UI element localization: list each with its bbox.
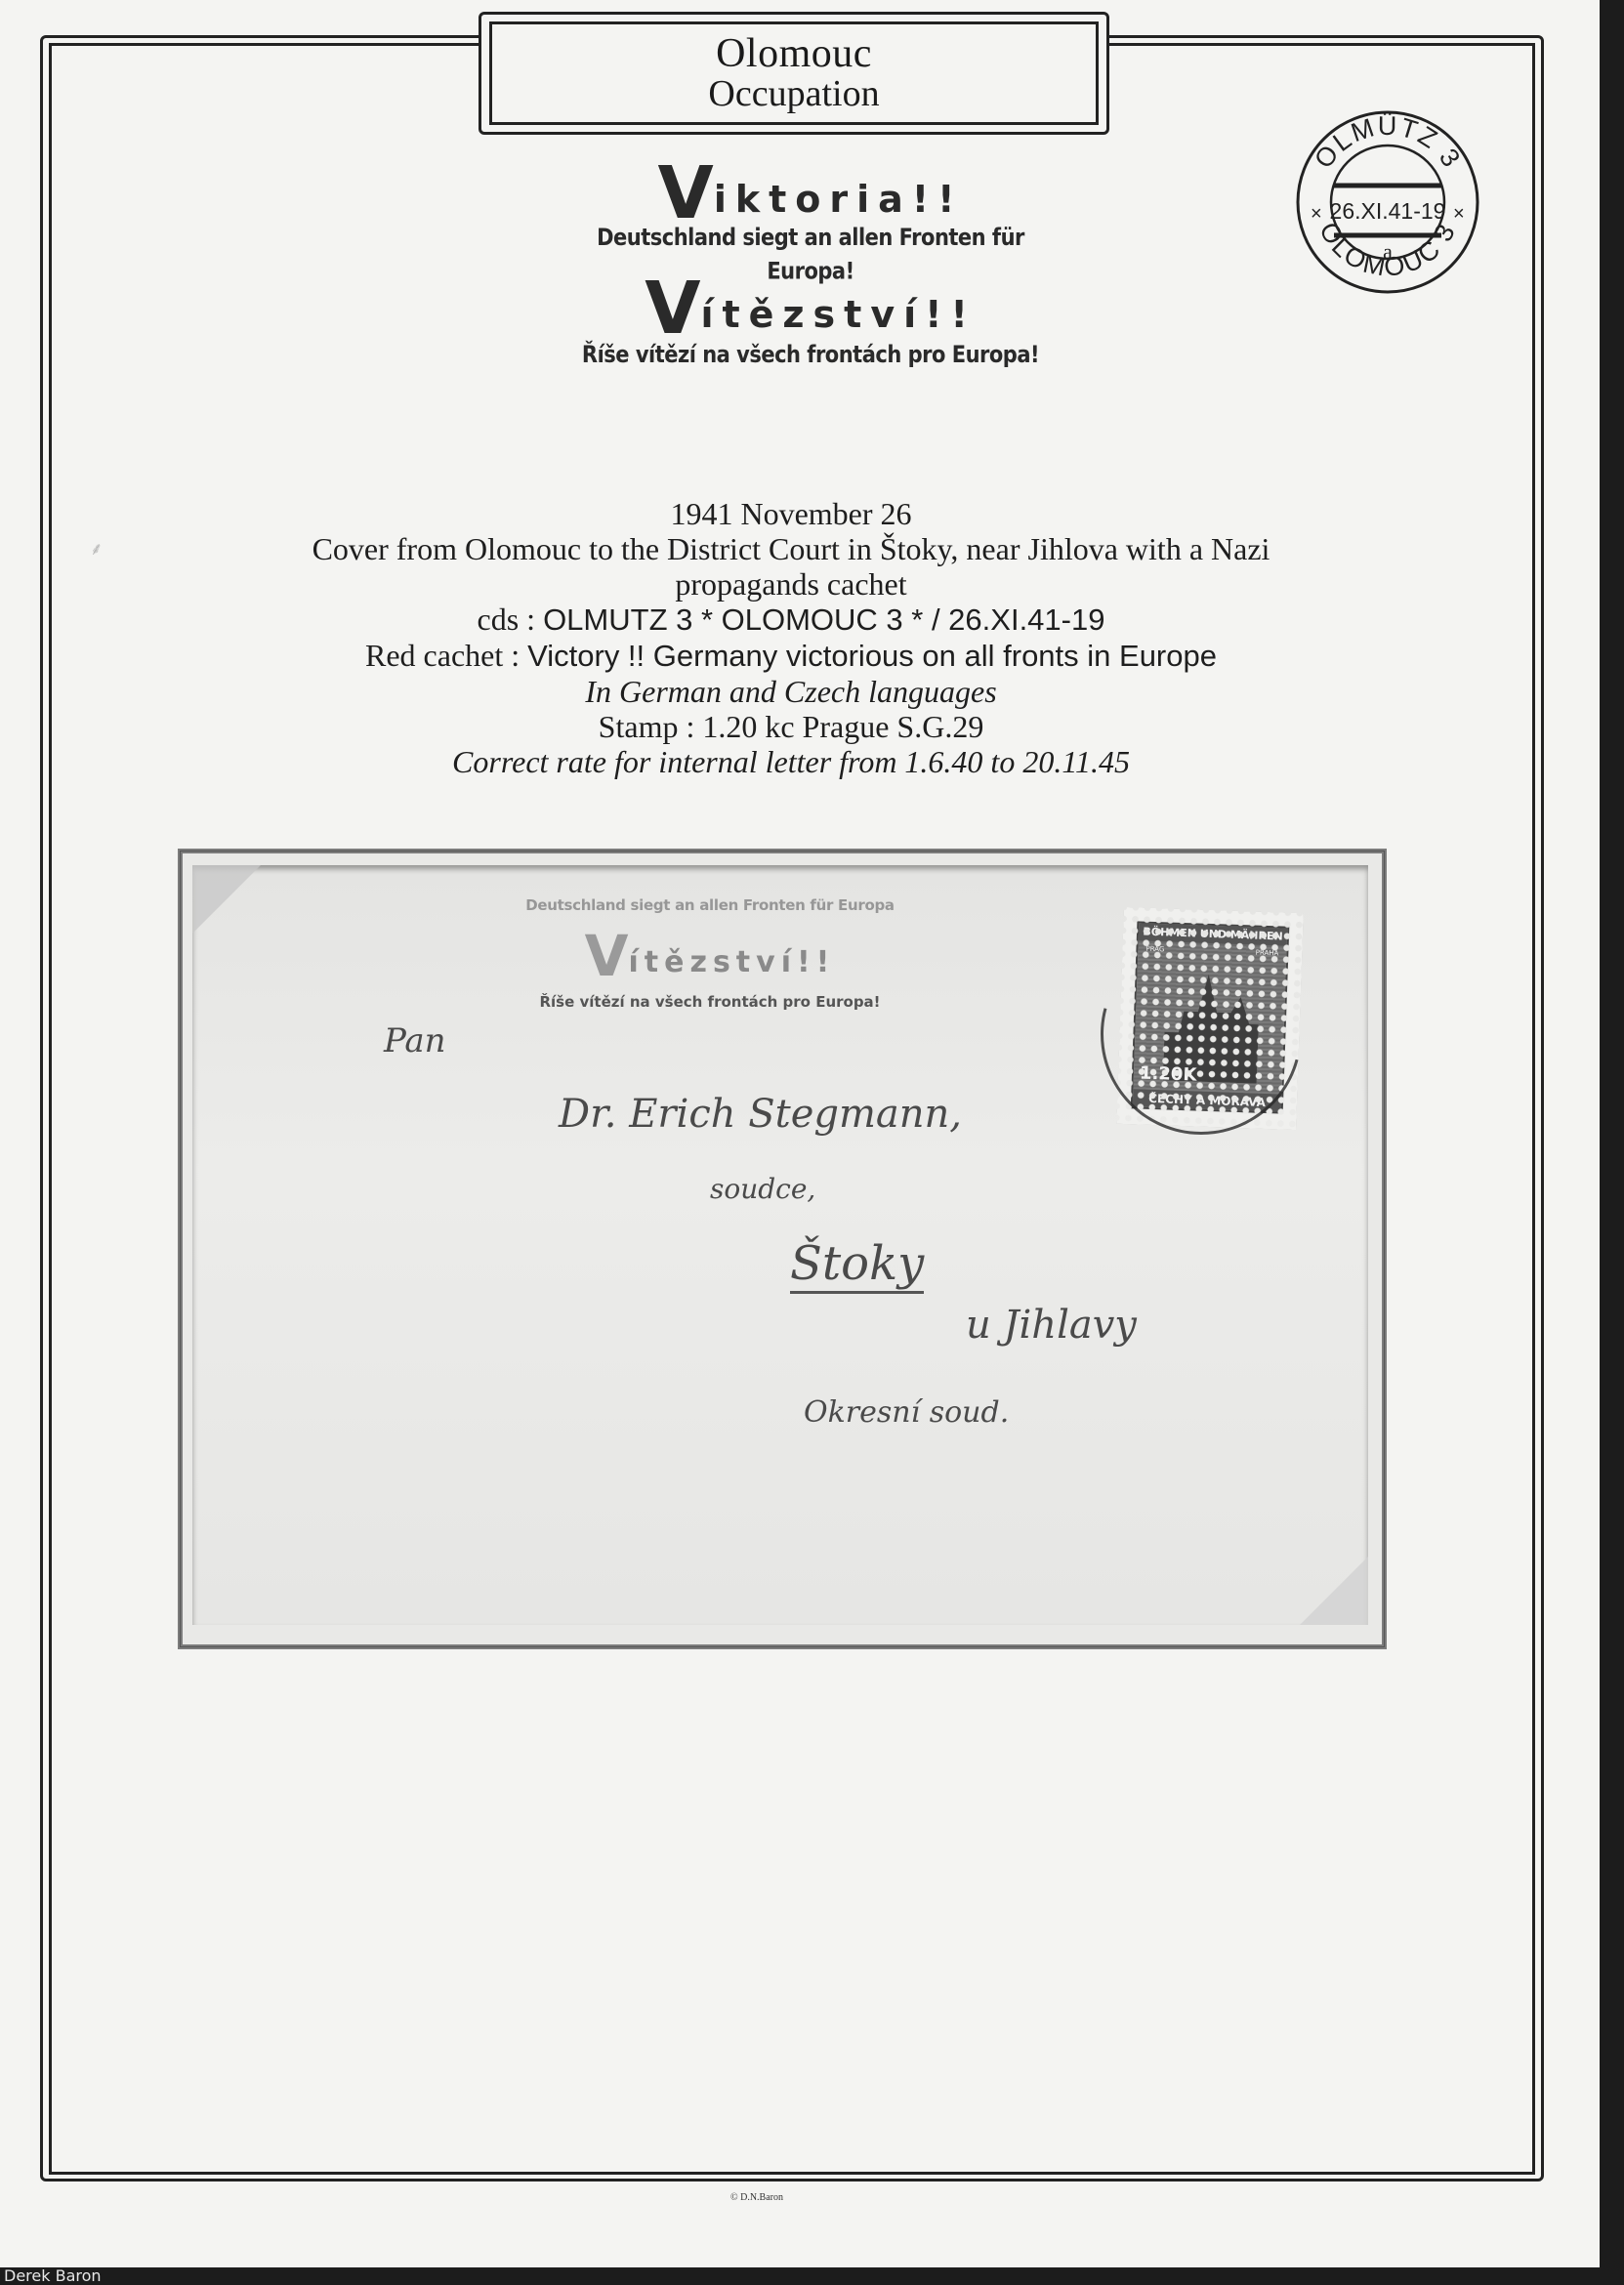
svg-text:×: × — [1453, 203, 1465, 225]
envelope-image: Deutschland siegt an allen Fronten für E… — [192, 865, 1368, 1625]
rate-note: Correct rate for internal letter from 1.… — [146, 744, 1436, 779]
svg-text:×: × — [1311, 203, 1322, 225]
address-salutation: Pan — [384, 1021, 446, 1060]
description-block: 1941 November 26 Cover from Olomouc to t… — [146, 496, 1436, 779]
cover-date: 1941 November 26 — [146, 496, 1436, 531]
photo-corner-bottom-right — [1300, 1557, 1368, 1625]
address-near: u Jihlavy — [966, 1303, 1137, 1348]
address-town: Štoky — [790, 1236, 924, 1294]
page-subtitle: Occupation — [708, 74, 879, 113]
cachet-replica: Viktoria!! Deutschland siegt an allen Fr… — [566, 168, 1055, 369]
stamp-line: Stamp : 1.20 kc Prague S.G.29 — [146, 709, 1436, 744]
postmark-icon: OLMÜTZ 3 OLOMOUC 3 26.XI.41-19 a × × — [1293, 107, 1482, 297]
envelope-cachet: Deutschland siegt an allen Fronten für E… — [524, 894, 895, 1013]
languages-note: In German and Czech languages — [146, 674, 1436, 709]
address-office: Okresní soud. — [804, 1395, 1009, 1430]
cover-summary: Cover from Olomouc to the District Court… — [146, 531, 1436, 566]
page-title: Olomouc — [716, 33, 872, 74]
address-title: soudce, — [710, 1173, 815, 1205]
cds-line: cds : OLMUTZ 3 * OLOMOUC 3 * / 26.XI.41-… — [146, 602, 1436, 638]
photo-corner-top-left — [192, 865, 261, 934]
cachet-czech-line: Říše vítězí na všech frontách pro Europa… — [566, 338, 1055, 372]
address-name: Dr. Erich Stegmann, — [559, 1092, 962, 1137]
watermark: Derek Baron — [4, 2267, 102, 2285]
cover-mount: Deutschland siegt an allen Fronten für E… — [178, 849, 1387, 1649]
svg-text:a: a — [1383, 239, 1393, 264]
cachet-german-line: Deutschland siegt an allen Fronten für E… — [566, 221, 1055, 288]
title-plate: Olomouc Occupation — [479, 12, 1109, 135]
scan-border-right — [1600, 0, 1624, 2285]
cachet-translation-line: Red cachet : Victory !! Germany victorio… — [146, 638, 1436, 674]
album-page: Olomouc Occupation OLMÜTZ 3 OLOMOUC 3 26… — [0, 0, 1600, 2267]
svg-text:26.XI.41-19: 26.XI.41-19 — [1330, 198, 1446, 224]
margin-smudge: ⸙ — [90, 537, 104, 561]
copyright-note: © D.N.Baron — [730, 2192, 783, 2203]
scan-border-bottom — [0, 2267, 1624, 2285]
svg-text:OLMÜTZ 3: OLMÜTZ 3 — [1309, 111, 1467, 174]
